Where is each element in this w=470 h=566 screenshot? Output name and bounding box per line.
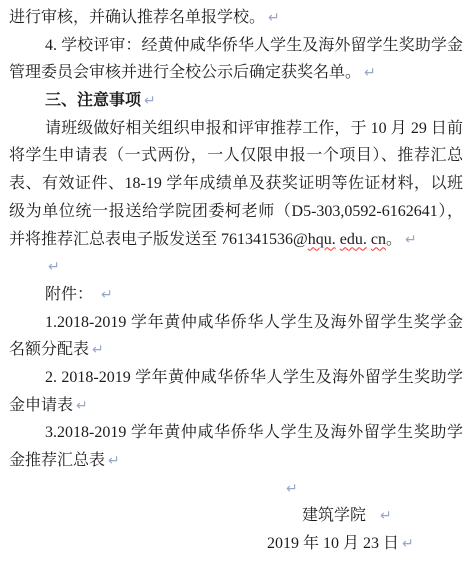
text-segment: 建筑学院: [302, 507, 366, 524]
line-attachment3-start: 3.2018-2019 学年黄仲咸华侨华人学生及海外留学生奖助学: [9, 419, 463, 447]
heading-notes: 三、注意事项↵: [9, 87, 463, 115]
text-segment: 管理委员会审核并进行全校公示后确定获奖名单。: [9, 64, 361, 81]
paragraph-mark-icon: ↵: [92, 342, 104, 358]
paragraph-mark-icon: ↵: [76, 398, 88, 414]
text-segment: 。: [386, 231, 402, 248]
line-item4-end: 管理委员会审核并进行全校公示后确定获奖名单。↵: [9, 59, 463, 87]
text-segment: 表、有效证件、18-19 学年成绩单及获奖证明等佐证材料，以班: [9, 175, 463, 192]
paragraph-mark-icon: ↵: [48, 259, 60, 275]
text-segment: 3.2018-2019 学年黄仲咸华侨华人学生及海外留学生奖助学: [45, 424, 463, 441]
paragraph-mark-icon: ↵: [108, 453, 120, 469]
text-segment: 金申请表: [9, 397, 73, 414]
paragraph-mark-icon: ↵: [268, 10, 280, 26]
paragraph-mark-icon: ↵: [405, 232, 417, 248]
text-segment: 将学生申请表（一式两份，一人仅限申报一个项目）、推荐汇总: [9, 147, 463, 164]
line-review-confirm: 进行审核，并确认推荐名单报学校。↵: [9, 4, 463, 32]
line-notes-3: 表、有效证件、18-19 学年成绩单及获奖证明等佐证材料，以班: [9, 170, 463, 198]
line-date: 2019 年 10 月 23 日↵: [267, 530, 463, 558]
notice-body: 进行审核，并确认推荐名单报学校。↵4. 学校评审：经黄仲咸华侨华人学生及海外留学…: [9, 4, 463, 558]
text-segment: 请班级做好相关组织申报和评审推荐工作，于 10 月 29 日前: [45, 120, 463, 137]
paragraph-mark-icon: ↵: [402, 536, 414, 552]
line-attachment2-start: 2. 2018-2019 学年黄仲咸华侨华人学生及海外留学生奖助学: [9, 364, 463, 392]
document-page: 进行审核，并确认推荐名单报学校。↵4. 学校评审：经黄仲咸华侨华人学生及海外留学…: [0, 0, 470, 566]
paragraph-mark-icon: ↵: [286, 481, 298, 497]
misspelled-word: edu.: [340, 231, 367, 248]
misspelled-word: cn: [371, 231, 386, 248]
paragraph-mark-icon: ↵: [364, 65, 376, 81]
paragraph-mark-icon: ↵: [144, 93, 156, 109]
text-segment: 进行审核，并确认推荐名单报学校。: [9, 9, 265, 26]
text-segment: 名额分配表: [9, 341, 89, 358]
text-segment: 4. 学校评审：经黄仲咸华侨华人学生及海外留学生奖助学金: [45, 37, 463, 54]
text-segment: 1.2018-2019 学年黄仲咸华侨华人学生及海外留学生奖学金: [45, 314, 463, 331]
text-segment: 级为单位统一报送给学院团委柯老师（D5-303,0592-6162641），: [9, 203, 463, 220]
line-item4-start: 4. 学校评审：经黄仲咸华侨华人学生及海外留学生奖助学金: [9, 32, 463, 60]
line-notes-4: 级为单位统一报送给学院团委柯老师（D5-303,0592-6162641），: [9, 198, 463, 226]
text-segment: 2019 年 10 月 23 日: [267, 535, 399, 552]
line-blank: ↵: [9, 253, 463, 281]
line-signoff-blank: ↵: [283, 475, 463, 503]
line-attachment1-end: 名额分配表↵: [9, 336, 463, 364]
text-segment: 2. 2018-2019 学年黄仲咸华侨华人学生及海外留学生奖助学: [45, 369, 463, 386]
line-attachment1-start: 1.2018-2019 学年黄仲咸华侨华人学生及海外留学生奖学金: [9, 309, 463, 337]
paragraph-mark-icon: ↵: [380, 508, 392, 524]
line-notes-1: 请班级做好相关组织申报和评审推荐工作，于 10 月 29 日前: [9, 115, 463, 143]
line-attachments-label: 附件：↵: [9, 281, 463, 309]
misspelled-word: hqu.: [308, 231, 336, 248]
paragraph-mark-icon: ↵: [101, 287, 113, 303]
line-notes-2: 将学生申请表（一式两份，一人仅限申报一个项目）、推荐汇总: [9, 142, 463, 170]
text-segment: 并将推荐汇总表电子版发送至 761341536@: [9, 231, 308, 248]
line-attachment2-end: 金申请表↵: [9, 392, 463, 420]
line-attachment3-end: 金推荐汇总表↵: [9, 447, 463, 475]
line-signature: 建筑学院↵: [302, 502, 463, 530]
text-segment: 金推荐汇总表: [9, 452, 105, 469]
text-segment: 附件：: [45, 286, 93, 303]
text-segment: 三、注意事项: [45, 92, 141, 109]
line-notes-email: 并将推荐汇总表电子版发送至 761341536@hqu. edu. cn。↵: [9, 226, 463, 254]
